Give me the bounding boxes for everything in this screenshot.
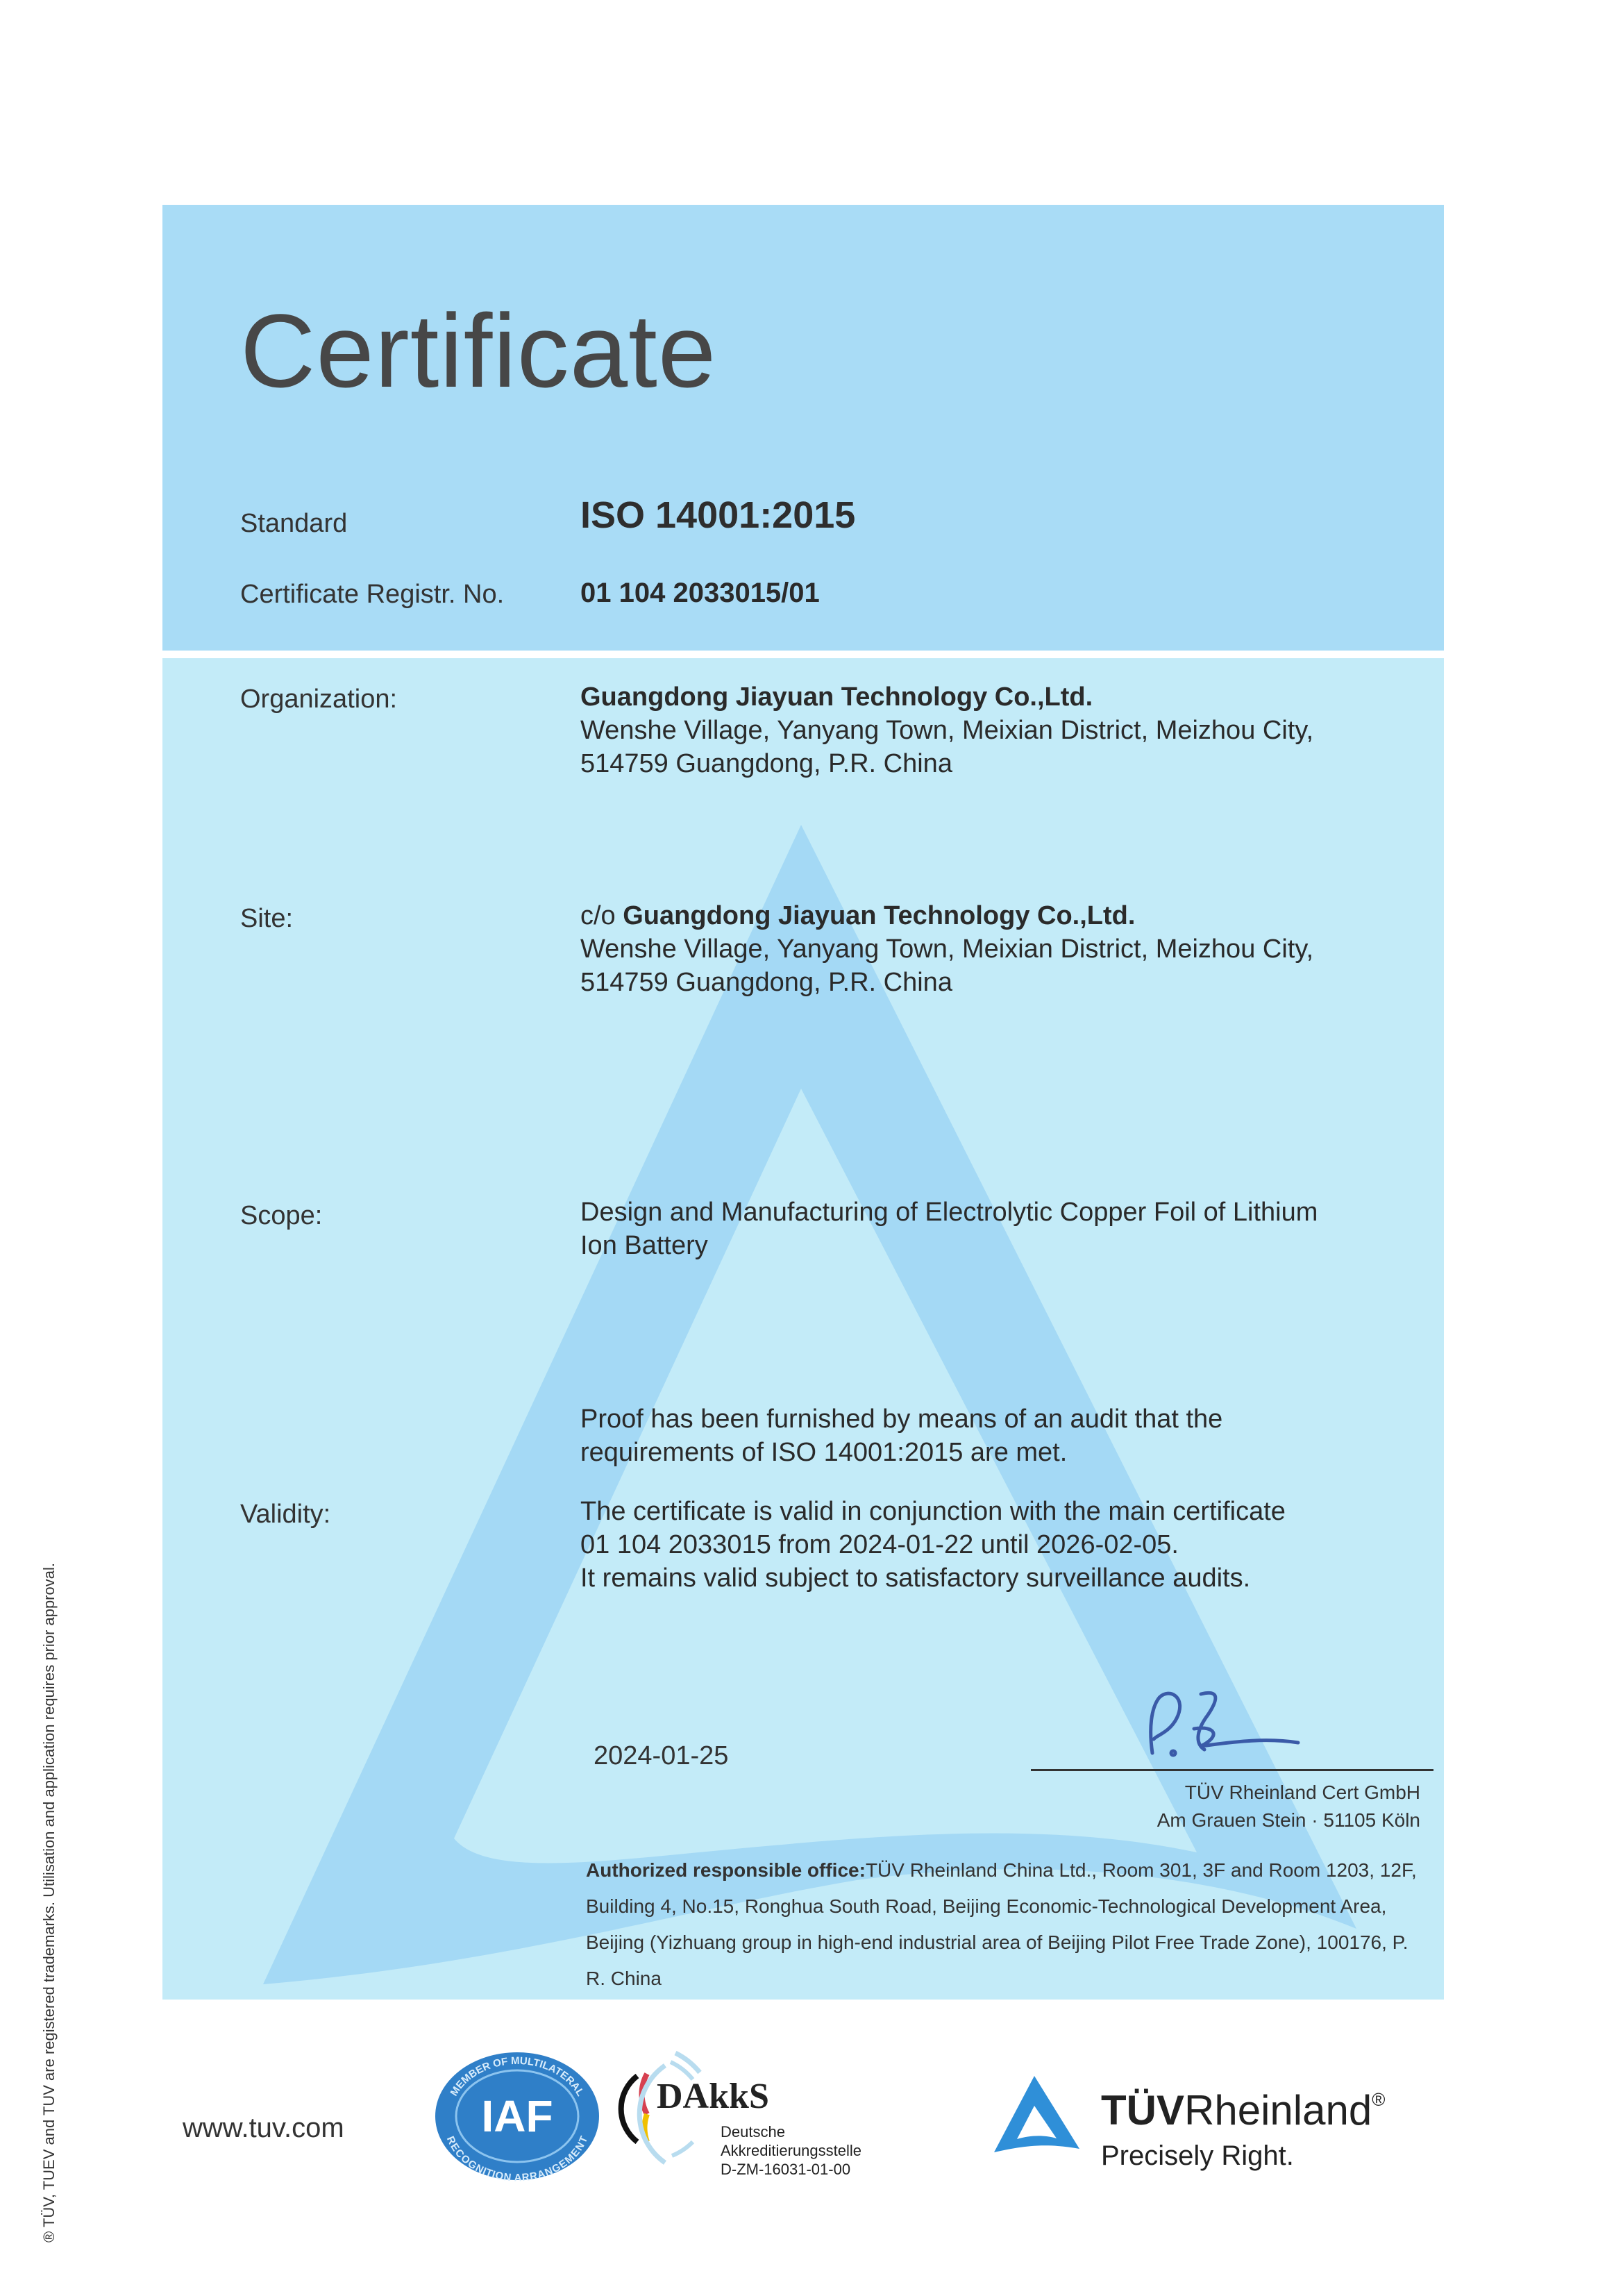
signature-icon bbox=[1138, 1687, 1333, 1763]
issuer-block: TÜV Rheinland Cert GmbH Am Grauen Stein … bbox=[1157, 1779, 1420, 1834]
registr-label: Certificate Registr. No. bbox=[240, 580, 504, 610]
tuv-slogan: Precisely Right. bbox=[1101, 2140, 1294, 2172]
certificate-title: Certificate bbox=[240, 299, 716, 403]
site-address-line1: Wenshe Village, Yanyang Town, Meixian Di… bbox=[580, 932, 1313, 966]
validity-block: The certificate is valid in conjunction … bbox=[580, 1495, 1286, 1595]
dakks-line3: D-ZM-16031-01-00 bbox=[721, 2160, 861, 2179]
validity-line1: The certificate is valid in conjunction … bbox=[580, 1495, 1286, 1528]
issuer-name: TÜV Rheinland Cert GmbH bbox=[1157, 1779, 1420, 1807]
standard-value: ISO 14001:2015 bbox=[580, 498, 855, 532]
iaf-letters: IAF bbox=[481, 2091, 553, 2141]
dakks-subtitle: Deutsche Akkreditierungsstelle D-ZM-1603… bbox=[721, 2122, 861, 2179]
dakks-line2: Akkreditierungsstelle bbox=[721, 2141, 861, 2160]
organization-address-line1: Wenshe Village, Yanyang Town, Meixian Di… bbox=[580, 714, 1313, 747]
proof-line1: Proof has been furnished by means of an … bbox=[580, 1402, 1222, 1436]
validity-label: Validity: bbox=[240, 1500, 330, 1530]
validity-line2: 01 104 2033015 from 2024-01-22 until 202… bbox=[580, 1528, 1286, 1561]
dakks-logo: DAkkS Deutsche Akkreditierungsstelle D-Z… bbox=[616, 2045, 908, 2190]
site-name: Guangdong Jiayuan Technology Co.,Ltd. bbox=[623, 901, 1135, 930]
proof-block: Proof has been furnished by means of an … bbox=[580, 1402, 1222, 1469]
site-block: c/o Guangdong Jiayuan Technology Co.,Ltd… bbox=[580, 899, 1313, 999]
scope-block: Design and Manufacturing of Electrolytic… bbox=[580, 1196, 1318, 1262]
registered-mark: ® bbox=[1372, 2089, 1385, 2110]
organization-block: Guangdong Jiayuan Technology Co.,Ltd. We… bbox=[580, 680, 1313, 780]
tuv-brand-bold: TÜV bbox=[1101, 2087, 1184, 2134]
proof-line2: requirements of ISO 14001:2015 are met. bbox=[580, 1436, 1222, 1469]
organization-name: Guangdong Jiayuan Technology Co.,Ltd. bbox=[580, 680, 1313, 714]
site-prefix: c/o bbox=[580, 901, 623, 930]
issue-date: 2024-01-25 bbox=[594, 1741, 728, 1771]
office-label: Authorized responsible office: bbox=[586, 1859, 866, 1881]
website-link[interactable]: www.tuv.com bbox=[183, 2113, 344, 2144]
issuer-address: Am Grauen Stein · 51105 Köln bbox=[1157, 1807, 1420, 1834]
tuv-triangle-icon bbox=[993, 2072, 1083, 2156]
trademark-side-note: ® TÜV, TUEV and TUV are registered trade… bbox=[40, 1563, 58, 2243]
scope-line1: Design and Manufacturing of Electrolytic… bbox=[580, 1196, 1318, 1229]
organization-label: Organization: bbox=[240, 685, 397, 714]
tuv-brand-regular: Rheinland bbox=[1184, 2087, 1372, 2134]
iaf-logo-icon: MEMBER OF MULTILATERAL RECOGNITION ARRAN… bbox=[430, 2047, 604, 2186]
authorized-office: Authorized responsible office:TÜV Rheinl… bbox=[586, 1852, 1433, 1997]
signature-line bbox=[1031, 1769, 1433, 1771]
validity-line3: It remains valid subject to satisfactory… bbox=[580, 1561, 1286, 1595]
scope-line2: Ion Battery bbox=[580, 1229, 1318, 1262]
scope-label: Scope: bbox=[240, 1201, 322, 1231]
organization-address-line2: 514759 Guangdong, P.R. China bbox=[580, 747, 1313, 780]
dakks-title: DAkkS bbox=[657, 2076, 769, 2117]
site-address-line2: 514759 Guangdong, P.R. China bbox=[580, 966, 1313, 999]
tuv-rheinland-logo: TÜVRheinland® Precisely Right. bbox=[986, 2052, 1458, 2190]
tuv-brand: TÜVRheinland® bbox=[1101, 2086, 1385, 2134]
dakks-line1: Deutsche bbox=[721, 2122, 861, 2141]
registr-value: 01 104 2033015/01 bbox=[580, 576, 820, 610]
site-label: Site: bbox=[240, 904, 293, 934]
standard-label: Standard bbox=[240, 509, 347, 539]
